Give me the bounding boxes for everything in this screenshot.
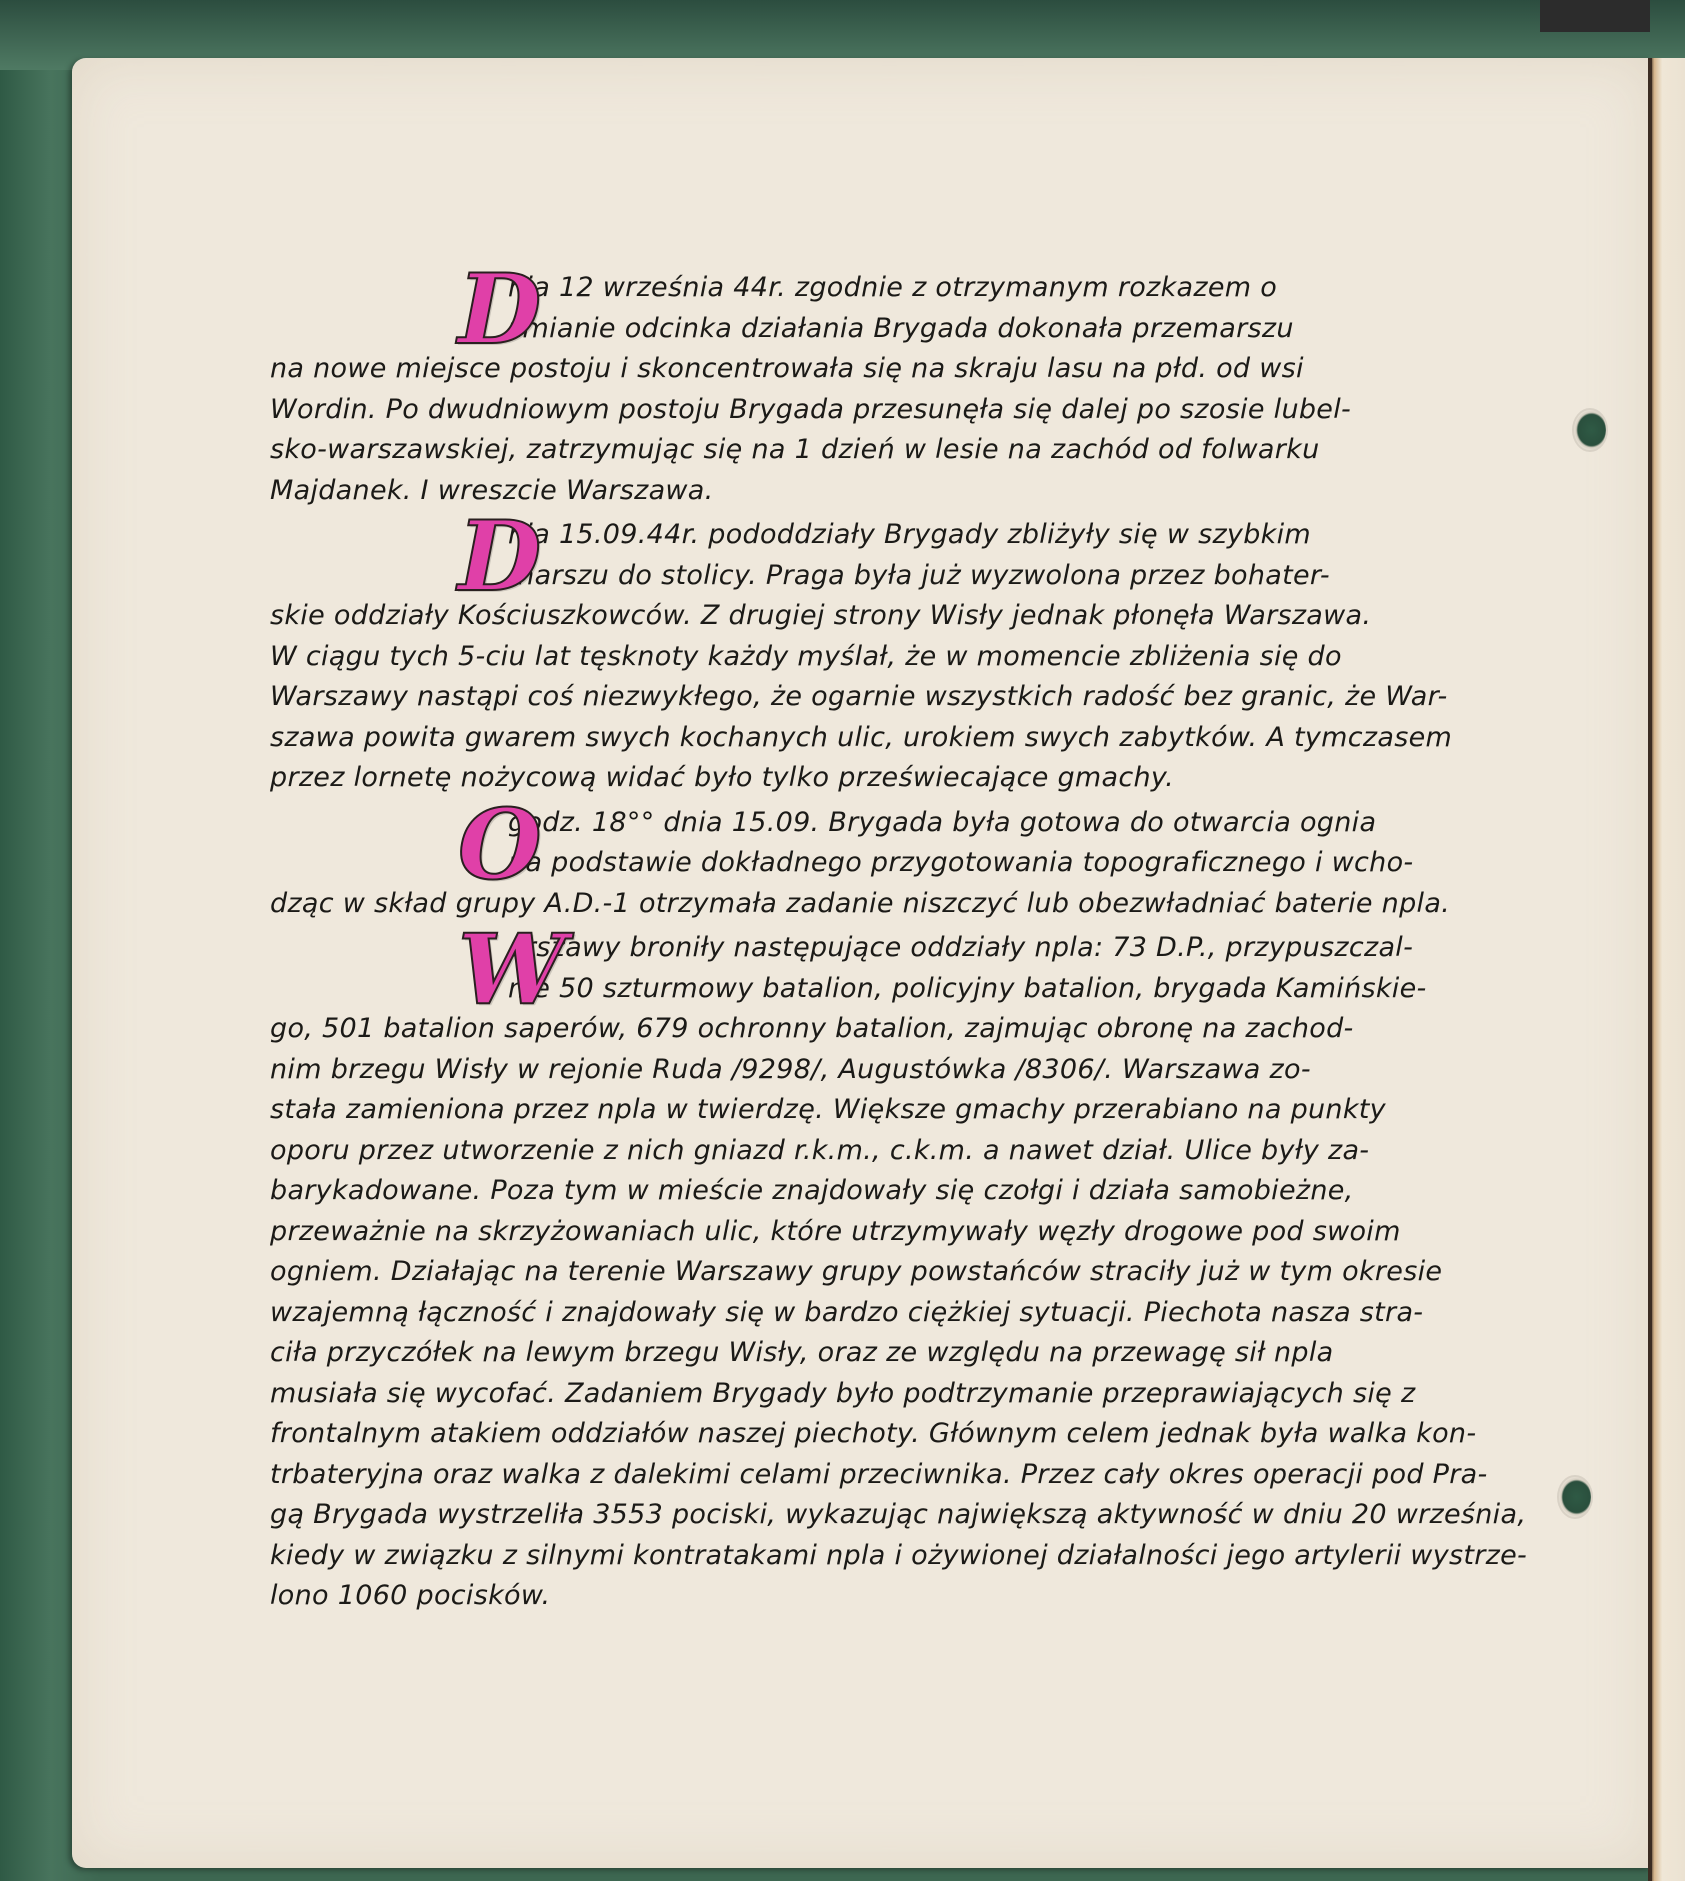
text-line: skie oddziały Kościuszkowców. Z drugiej … — [270, 596, 1480, 637]
handwritten-text: D nia 12 września 44r. zgodnie z otrzyma… — [270, 268, 1480, 1617]
text-line: gą Brygada wystrzeliła 3553 pociski, wyk… — [270, 1495, 1480, 1536]
decorated-initial: D — [458, 270, 542, 350]
text-line: Warszawy nastąpi coś niezwykłego, że oga… — [270, 677, 1480, 718]
page-gutter — [1648, 58, 1652, 1881]
text-line: oporu przez utworzenie z nich gniazd r.k… — [270, 1131, 1480, 1172]
text-line: go, 501 batalion saperów, 679 ochronny b… — [270, 1009, 1480, 1050]
text-line: nia 15.09.44r. pododdziały Brygady zbliż… — [270, 515, 1480, 556]
text-line: nim brzegu Wisły w rejonie Ruda /9298/, … — [270, 1050, 1480, 1091]
paragraph-2: D nia 15.09.44r. pododdziały Brygady zbl… — [270, 515, 1480, 799]
text-line: Majdanek. I wreszcie Warszawa. — [270, 471, 1480, 512]
text-line: arszawy broniły następujące oddziały npl… — [270, 928, 1480, 969]
decorated-initial: D — [458, 517, 542, 597]
text-line: ciła przyczółek na lewym brzegu Wisły, o… — [270, 1333, 1480, 1374]
text-line: frontalnym atakiem oddziałów naszej piec… — [270, 1414, 1480, 1455]
text-line: barykadowane. Poza tym w mieście znajdow… — [270, 1171, 1480, 1212]
text-line: marszu do stolicy. Praga była już wyzwol… — [270, 556, 1480, 597]
decorated-initial: W — [458, 930, 566, 1010]
text-line: szawa powita gwarem swych kochanych ulic… — [270, 718, 1480, 759]
text-line: dząc w skład grupy A.D.-1 otrzymała zada… — [270, 884, 1480, 925]
text-line: zmianie odcinka działania Brygada dokona… — [270, 309, 1480, 350]
text-line: lono 1060 pocisków. — [270, 1576, 1480, 1617]
paragraph-4: W arszawy broniły następujące oddziały n… — [270, 928, 1480, 1617]
text-line: stała zamieniona przez npla w twierdzę. … — [270, 1090, 1480, 1131]
text-line: sko-warszawskiej, zatrzymując się na 1 d… — [270, 430, 1480, 471]
text-line: wzajemną łączność i znajdowały się w bar… — [270, 1293, 1480, 1334]
text-line: trbateryjna oraz walka z dalekimi celami… — [270, 1455, 1480, 1496]
text-line: godz. 18°° dnia 15.09. Brygada była goto… — [270, 803, 1480, 844]
text-line: nia 12 września 44r. zgodnie z otrzymany… — [270, 268, 1480, 309]
text-line: ogniem. Działając na terenie Warszawy gr… — [270, 1252, 1480, 1293]
decorated-initial: O — [458, 805, 542, 885]
text-line: Wordin. Po dwudniowym postoju Brygada pr… — [270, 390, 1480, 431]
text-line: na podstawie dokładnego przygotowania to… — [270, 843, 1480, 884]
text-line: kiedy w związku z silnymi kontratakami n… — [270, 1536, 1480, 1577]
next-page-edge — [1650, 58, 1685, 1881]
text-line: nie 50 szturmowy batalion, policyjny bat… — [270, 969, 1480, 1010]
scan-background-corner — [1540, 0, 1650, 32]
paragraph-3: O godz. 18°° dnia 15.09. Brygada była go… — [270, 803, 1480, 925]
text-line: na nowe miejsce postoju i skoncentrowała… — [270, 349, 1480, 390]
document-scan: D nia 12 września 44r. zgodnie z otrzyma… — [0, 0, 1685, 1881]
text-line: przez lornetę nożycową widać było tylko … — [270, 758, 1480, 799]
punch-hole-top — [1572, 408, 1608, 452]
text-line: musiała się wycofać. Zadaniem Brygady by… — [270, 1374, 1480, 1415]
punch-hole-bottom — [1557, 1475, 1593, 1519]
text-line: W ciągu tych 5-ciu lat tęsknoty każdy my… — [270, 637, 1480, 678]
paragraph-1: D nia 12 września 44r. zgodnie z otrzyma… — [270, 268, 1480, 511]
text-line: przeważnie na skrzyżowaniach ulic, które… — [270, 1212, 1480, 1253]
